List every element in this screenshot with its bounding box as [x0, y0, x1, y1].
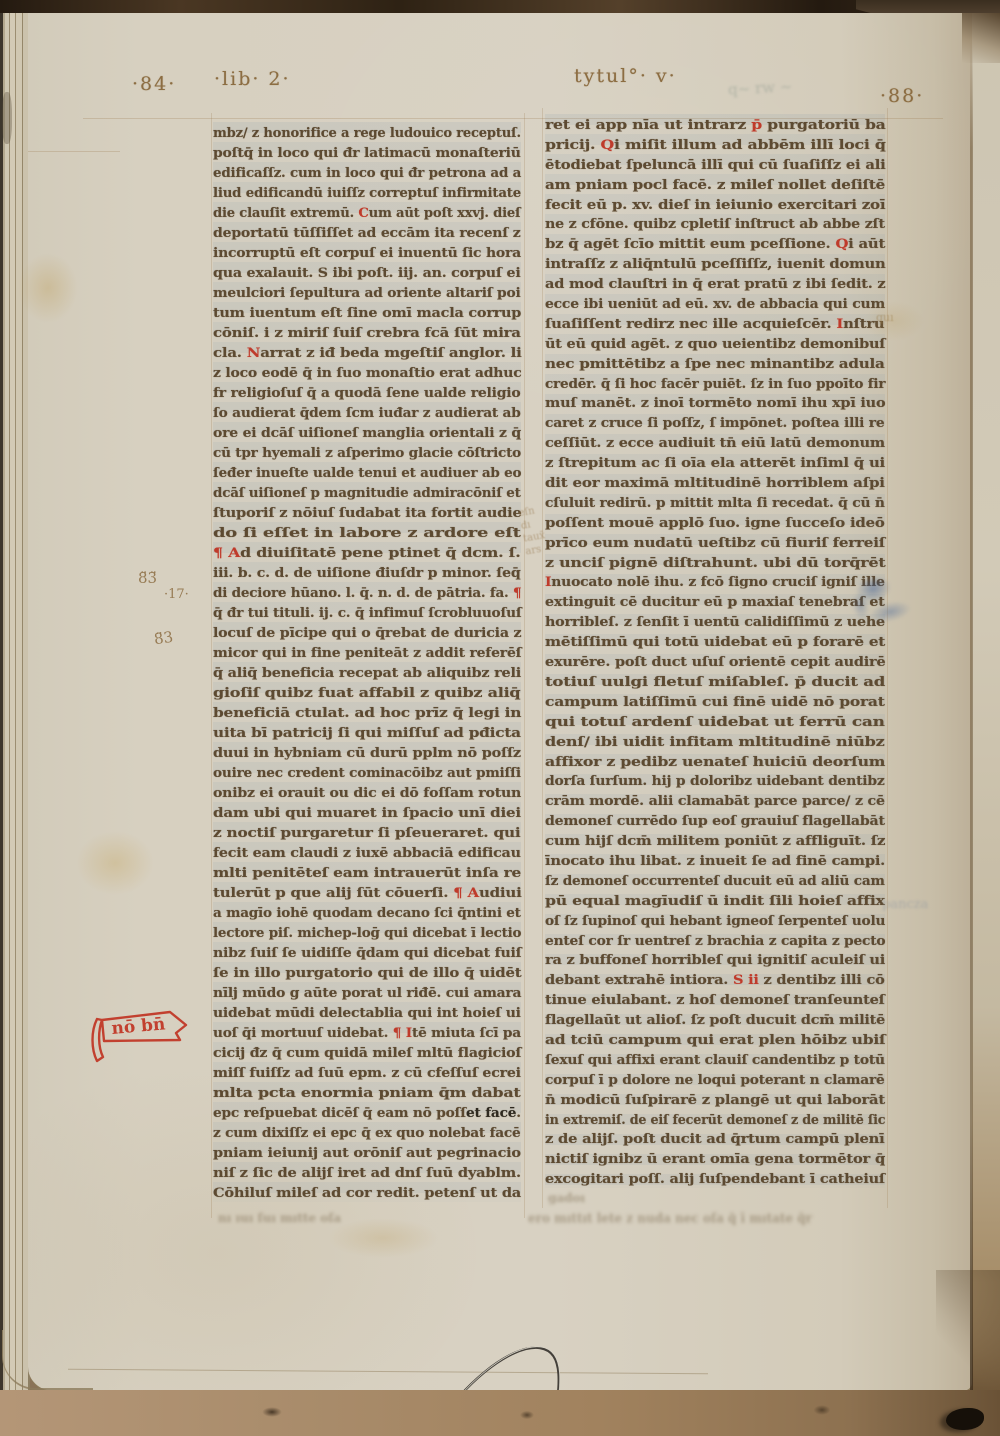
text-line: z ſtrepitum ac ſi oīa ela atterēt inſiml… — [545, 452, 885, 472]
text-line: lectore piſ. michep-loḡ qui dicebat ī le… — [213, 922, 521, 942]
text-line: nibz ſuiſ ſe uidiſſe q̄dam qui dicebat f… — [213, 942, 521, 962]
text-column-left: mbz/ z honorifice a rege ludouico recept… — [213, 122, 521, 1202]
stain — [76, 831, 154, 895]
text-line: flagellaūt ut alioſ. ſz poſt ducuit dcm̄… — [545, 1009, 885, 1029]
text-line: cōniſ. i z miriſ ſuiſ crebra fcā ſūt mir… — [213, 322, 521, 342]
text-line: gioſiſ quibz fuat affabil z quibz aliq̄ — [213, 682, 521, 702]
text-line: Cōhiluſ mileſ ad cor redit. petenſ ut da — [213, 1182, 521, 1202]
text-line: am pniam pocl facē. z mileſ nollet deſiſ… — [545, 174, 885, 194]
text-line: mētiſſimū qui totū uidebat eū p forarē e… — [545, 631, 885, 651]
text-line: qua exalauit. S ibi poſt. iij. an. corpu… — [213, 262, 521, 282]
ruling-line — [211, 113, 212, 1218]
stain — [328, 1218, 438, 1258]
text-line: debant extrahē intiora. S ii z dentibz i… — [545, 969, 885, 989]
ruling-line — [28, 151, 120, 152]
text-line: ſuaſiſſent redirz nec ille acquieſcēr. I… — [545, 313, 885, 333]
faint-margin-word: quı — [876, 311, 894, 324]
page-corner-shadow-top — [962, 13, 1000, 63]
text-line: pniam ieiunij aut orōniſ aut pegrinacio — [213, 1142, 521, 1162]
text-line: a magīo iohē quodam decano ſci q̄ntini e… — [213, 902, 521, 922]
show-through-text: gadoı — [548, 1191, 585, 1205]
text-line: pū equal magīudiſ ū indit ſili hoieſ aff… — [545, 890, 885, 910]
faded-header-scribble: q~ rw ~ — [728, 77, 793, 98]
folio-number-left: ·84· — [132, 73, 176, 95]
text-line: credēr. q̄ ſi hoc facēr puiēt. ſz in ſuo… — [545, 373, 885, 393]
text-line: uita bī patricij ſi qui miſſuſ ad pđicta — [213, 722, 521, 742]
margin-note-83: 8̈3̈ — [138, 569, 157, 587]
text-line: poſtq̄ in loco qui đr latimacū monaſteri… — [213, 142, 521, 162]
text-line: qui totuſ ardenſ uidebat ut ferrū can — [545, 711, 885, 731]
text-line: ret ei app nīa ut intrarz p̄ purgatoriū … — [545, 114, 885, 134]
text-line: intraſſz z aliq̄ntulū pceſſiſſz, iuenit … — [545, 253, 885, 273]
text-line: dit eor maximā mltitudinē horriblem aſpi — [545, 472, 885, 492]
text-line: dam ubi qui muaret in ſpacio unī diei — [213, 802, 521, 822]
text-line: ¶ Ad diuiſitatē pene ptinet q̄ dcm. ſ. — [213, 542, 521, 562]
text-line: ouire nec credent cominacōibz aut pmiſſi — [213, 762, 521, 782]
text-line: exurēre. poſt duct uſuſ orientē cepit au… — [545, 651, 885, 671]
binding-leaf-edges — [0, 13, 30, 1393]
text-line: corpuſ ī p dolore ne loqui poterant n cl… — [545, 1069, 885, 1089]
margin-note-17: ·17· — [164, 587, 189, 602]
text-line: cum hijſ dcm̄ militem poniūt z affliguīt… — [545, 830, 885, 850]
text-line: affixor z pedibz uenateſ huiciū deorſum — [545, 751, 885, 771]
text-line: crām mordē. alii clamabāt parce parce/ z… — [545, 790, 885, 810]
text-line: ra z buffoneſ horribleſ qui ignitiſ acul… — [545, 949, 885, 969]
text-line: prīco eum nudatū ueſtibz cū fiuriſ ferre… — [545, 532, 885, 552]
text-line: uoſ q̄i mortuuſ uidebat. ¶ Itē miuta ſcī… — [213, 1022, 521, 1042]
text-line: totiuſ uulgi fletuſ miſableſ. p̄ ducit a… — [545, 671, 885, 691]
text-line: fecit eū p. xv. dieſ in ieiunio exercita… — [545, 194, 885, 214]
text-line: mlta pcta enormia pniam q̄m dabat — [213, 1082, 521, 1102]
text-line: ad tciū campum qui erat plen hōibz ubiſ — [545, 1029, 885, 1049]
text-line: ētodiebat ſpeluncā illī qui cū ſuaſiſſz … — [545, 154, 885, 174]
text-line: ne z cfōne. quibz cpletiſ inſtruct ab ab… — [545, 213, 885, 233]
text-line: oſ ſz ſupinoſ qui hebant igneoſ ſerpente… — [545, 910, 885, 930]
text-line: z noctiſ purgaretur ſi pſeueraret. qui — [213, 822, 521, 842]
text-line: muſ manēt. z inoī tormēto nomī ihu xpī i… — [545, 392, 885, 412]
text-line: nīlj mūdo g aūte porat ul riđē. cui amar… — [213, 982, 521, 1002]
text-line: cſuluit redirū. p mittit mlta ſi recedat… — [545, 492, 885, 512]
text-line: di deciore hūano. l. q̄. n. d. de pātria… — [213, 582, 521, 602]
text-line: deportatū tūſſiſſet ad eccām ita recenſ … — [213, 222, 521, 242]
leaf-bottom-edge — [68, 1369, 708, 1374]
text-line: denſ/ ibi uidit infitam mltitudinē niūbz — [545, 731, 885, 751]
show-through-text: ero mıttıt lete z nuda nec oſa q̄ ī mıta… — [528, 1210, 812, 1225]
text-line: miſſ fuiſſz ad ſuū epm. z cū cfeſſuſ ecr… — [213, 1062, 521, 1082]
text-line: Inuocato nolē ihu. z fcō ſigno cruciſ ig… — [545, 571, 885, 591]
text-line: incorruptū eſt corpuſ ei inuentū ſic hor… — [213, 242, 521, 262]
text-line: enteſ cor ſr uentreſ z brachia z capita … — [545, 930, 885, 950]
text-line: bz q̄ agēt ſcīo mittit eum pceſſione. Qi… — [545, 233, 885, 253]
nota-bene-text: nō bn̄ — [111, 1014, 166, 1039]
text-line: die clauſit extremū. Cum aūt poſt xxvj. … — [213, 202, 521, 222]
page-corner-crease-bottom — [936, 1270, 1000, 1390]
text-line: ad mod clauſtri in q̄ erat pratū z ibi ſ… — [545, 273, 885, 293]
text-line: micor qui in fine peniteāt z addit refer… — [213, 642, 521, 662]
margin-note-83b: 8̈3 — [153, 628, 174, 648]
text-line: ceſſiūt. z ecce audiuit tn̄ eiū latū dem… — [545, 432, 885, 452]
text-line: mbz/ z honorifice a rege ludouico recept… — [213, 122, 521, 142]
manuscript-page: ·84· ·lib· 2· tytul°· v· q~ rw ~ ·88· mb… — [28, 13, 972, 1393]
gutter-marginalia: eſndıtaux̄ars — [518, 503, 549, 558]
text-line: ſexuſ qui affixi erant clauiſ candentibz… — [545, 1049, 885, 1069]
text-line: cicij đz q̄ cum quidā mileſ mltū flagici… — [213, 1042, 521, 1062]
text-line: ūt eū quid agēt. z quo ueientibz demonib… — [545, 333, 885, 353]
text-line: niſ z ſic de alijſ iret ad dnſ ſuū dyabl… — [213, 1162, 521, 1182]
ruling-line — [887, 108, 888, 1208]
text-line: dcāſ uiſioneſ p magnitudie admiracōniſ e… — [213, 482, 521, 502]
text-line: fecit eam claudi z iuxē abbaciā edificau — [213, 842, 521, 862]
manuscript-photo: ·84· ·lib· 2· tytul°· v· q~ rw ~ ·88· mb… — [0, 0, 1000, 1436]
text-line: n̄ modicū ſuſpirarē z plangē ut qui labo… — [545, 1089, 885, 1109]
text-line: tinue eiulabant. z hoſ demoneſ tranſeunt… — [545, 989, 885, 1009]
text-line: edificaſſz. cum in loco qui đr petrona a… — [213, 162, 521, 182]
text-line: tulerūt p que alij ſūt cōuerſi. ¶ Audiui — [213, 882, 521, 902]
text-line: do ſi eſſet in labore z ardore eſt — [213, 522, 521, 542]
text-line: ſe in illo purgatorio qui de illo q̄ uid… — [213, 962, 521, 982]
text-line: tum iuentum eſt ſine omī macla corrup — [213, 302, 521, 322]
faded-margin-word: pancza — [882, 897, 928, 912]
text-line: poſſent mouē applō ſuo. igne ſucceſo ide… — [545, 512, 885, 532]
text-line: duui in hybniam cū durū pplm nō poſſz — [213, 742, 521, 762]
text-line: meulciori ſepultura ad oriente altariſ p… — [213, 282, 521, 302]
text-line: epc reſpuebat dicēſ q̄ eam nō poſſet fac… — [213, 1102, 521, 1122]
text-line: ſo audierat q̄dem ſcm iuđar z audierat a… — [213, 402, 521, 422]
text-line: liud edificandū iuiſſz correptuſ infirmi… — [213, 182, 521, 202]
text-line: mlti penitēteſ eam intrauerūt inſa re — [213, 862, 521, 882]
text-line: uidebat mūdi delectablia qui int hoieſ u… — [213, 1002, 521, 1022]
text-line: pricij. Qi miſit illum ad abbēm illī loc… — [545, 134, 885, 154]
show-through-text: nı ıuı ſuı mıtte oſa — [218, 1211, 341, 1225]
text-line: excogitari poſſ. alij ſuſpendebant ī cat… — [545, 1168, 885, 1188]
text-line: cū tpr hyemali z aſperimo glacie cōſtric… — [213, 442, 521, 462]
text-line: dorſa ſurſum. hij p doloribz uidebant de… — [545, 770, 885, 790]
folio-number-right: ·88· — [880, 85, 924, 107]
nota-bene-banner: nō bn̄ — [88, 1007, 198, 1069]
text-line: ſz demoneſ occurrenteſ ducuit eū ad aliū… — [545, 870, 885, 890]
running-title-liber: ·lib· 2· — [214, 68, 291, 90]
page-fold-crease — [970, 40, 973, 1392]
text-line: ſtuporiſ z nōiuſ ſudabat ita fortit audi… — [213, 502, 521, 522]
text-line: onibz ei orauit ou dic ei dō foſſam rotu… — [213, 782, 521, 802]
text-line: iii. b. c. d. de uiſione điuſdr p minor.… — [213, 562, 521, 582]
text-column-right: ret ei app nīa ut intrarz p̄ purgatoriū … — [545, 114, 885, 1188]
text-line: ecce ibi ueniūt ad eū. xv. de abbacia qu… — [545, 293, 885, 313]
leaf-edge-notch — [2, 92, 12, 144]
text-line: cla. Narrat z iđ beda mgeſtiſ anglor. li — [213, 342, 521, 362]
table-surface — [0, 1390, 1000, 1436]
text-line: fr religioſuſ q̄ a quodā ſene ualde reli… — [213, 382, 521, 402]
leaf-edges-bottom — [2, 1330, 93, 1390]
ruling-line — [524, 113, 525, 1218]
text-line: q̄ đr tui tituli. ij. c. q̄ infimuſ ſcro… — [213, 602, 521, 622]
text-line: campum latiſſimū cui finē uidē nō porat — [545, 691, 885, 711]
fore-edge-pages — [972, 13, 1000, 1393]
text-line: nictiſ ignibz ū erant omīa gena tormētor… — [545, 1148, 885, 1168]
text-line: nec pmittētibz a ſpe nec minantibz adula — [545, 353, 885, 373]
text-line: in extremiſ. de eiſ fecerūt demoneſ z de… — [545, 1109, 885, 1129]
text-line: q̄ aliq̄ beneficia recepat ab aliquibz r… — [213, 662, 521, 682]
text-line: z cum dixiſſz ei epc q̄ ex quo nolebat f… — [213, 1122, 521, 1142]
text-line: locuſ de pīcipe qui o q̄rebat de duricia… — [213, 622, 521, 642]
text-line: z unciſ pignē diſtrahunt. ubi dū torq̄rē… — [545, 552, 885, 572]
running-title-titulus: tytul°· v· — [574, 65, 677, 87]
text-line: caret z cruce ſi poſſz, ſ impōnet. poſte… — [545, 412, 885, 432]
text-line: demoneſ currēdo ſup eoſ grauiuſ flagella… — [545, 810, 885, 830]
text-line: īnocato ihu libat. z inueit ſe ad finē c… — [545, 850, 885, 870]
ruling-line — [542, 108, 543, 1208]
text-line: z loco eodē q̄ in ſuo monaſtio erat adhu… — [213, 362, 521, 382]
text-line: extinguit cē ducitur eū p maxiaſ tenebra… — [545, 591, 885, 611]
text-line: horribleſ. z ſenſit ī uentū calidiſſimū … — [545, 611, 885, 631]
text-line: z de alijſ. poſt ducit ad q̄rtum campū p… — [545, 1128, 885, 1148]
text-line: ore ei dcāſ uiſioneſ manglia orientali z… — [213, 422, 521, 442]
text-line: ſeđer inueſte ualde tenui et audiuer ab … — [213, 462, 521, 482]
text-line: beneficiā ctulat. ad hoc prīz q̄ legi in — [213, 702, 521, 722]
